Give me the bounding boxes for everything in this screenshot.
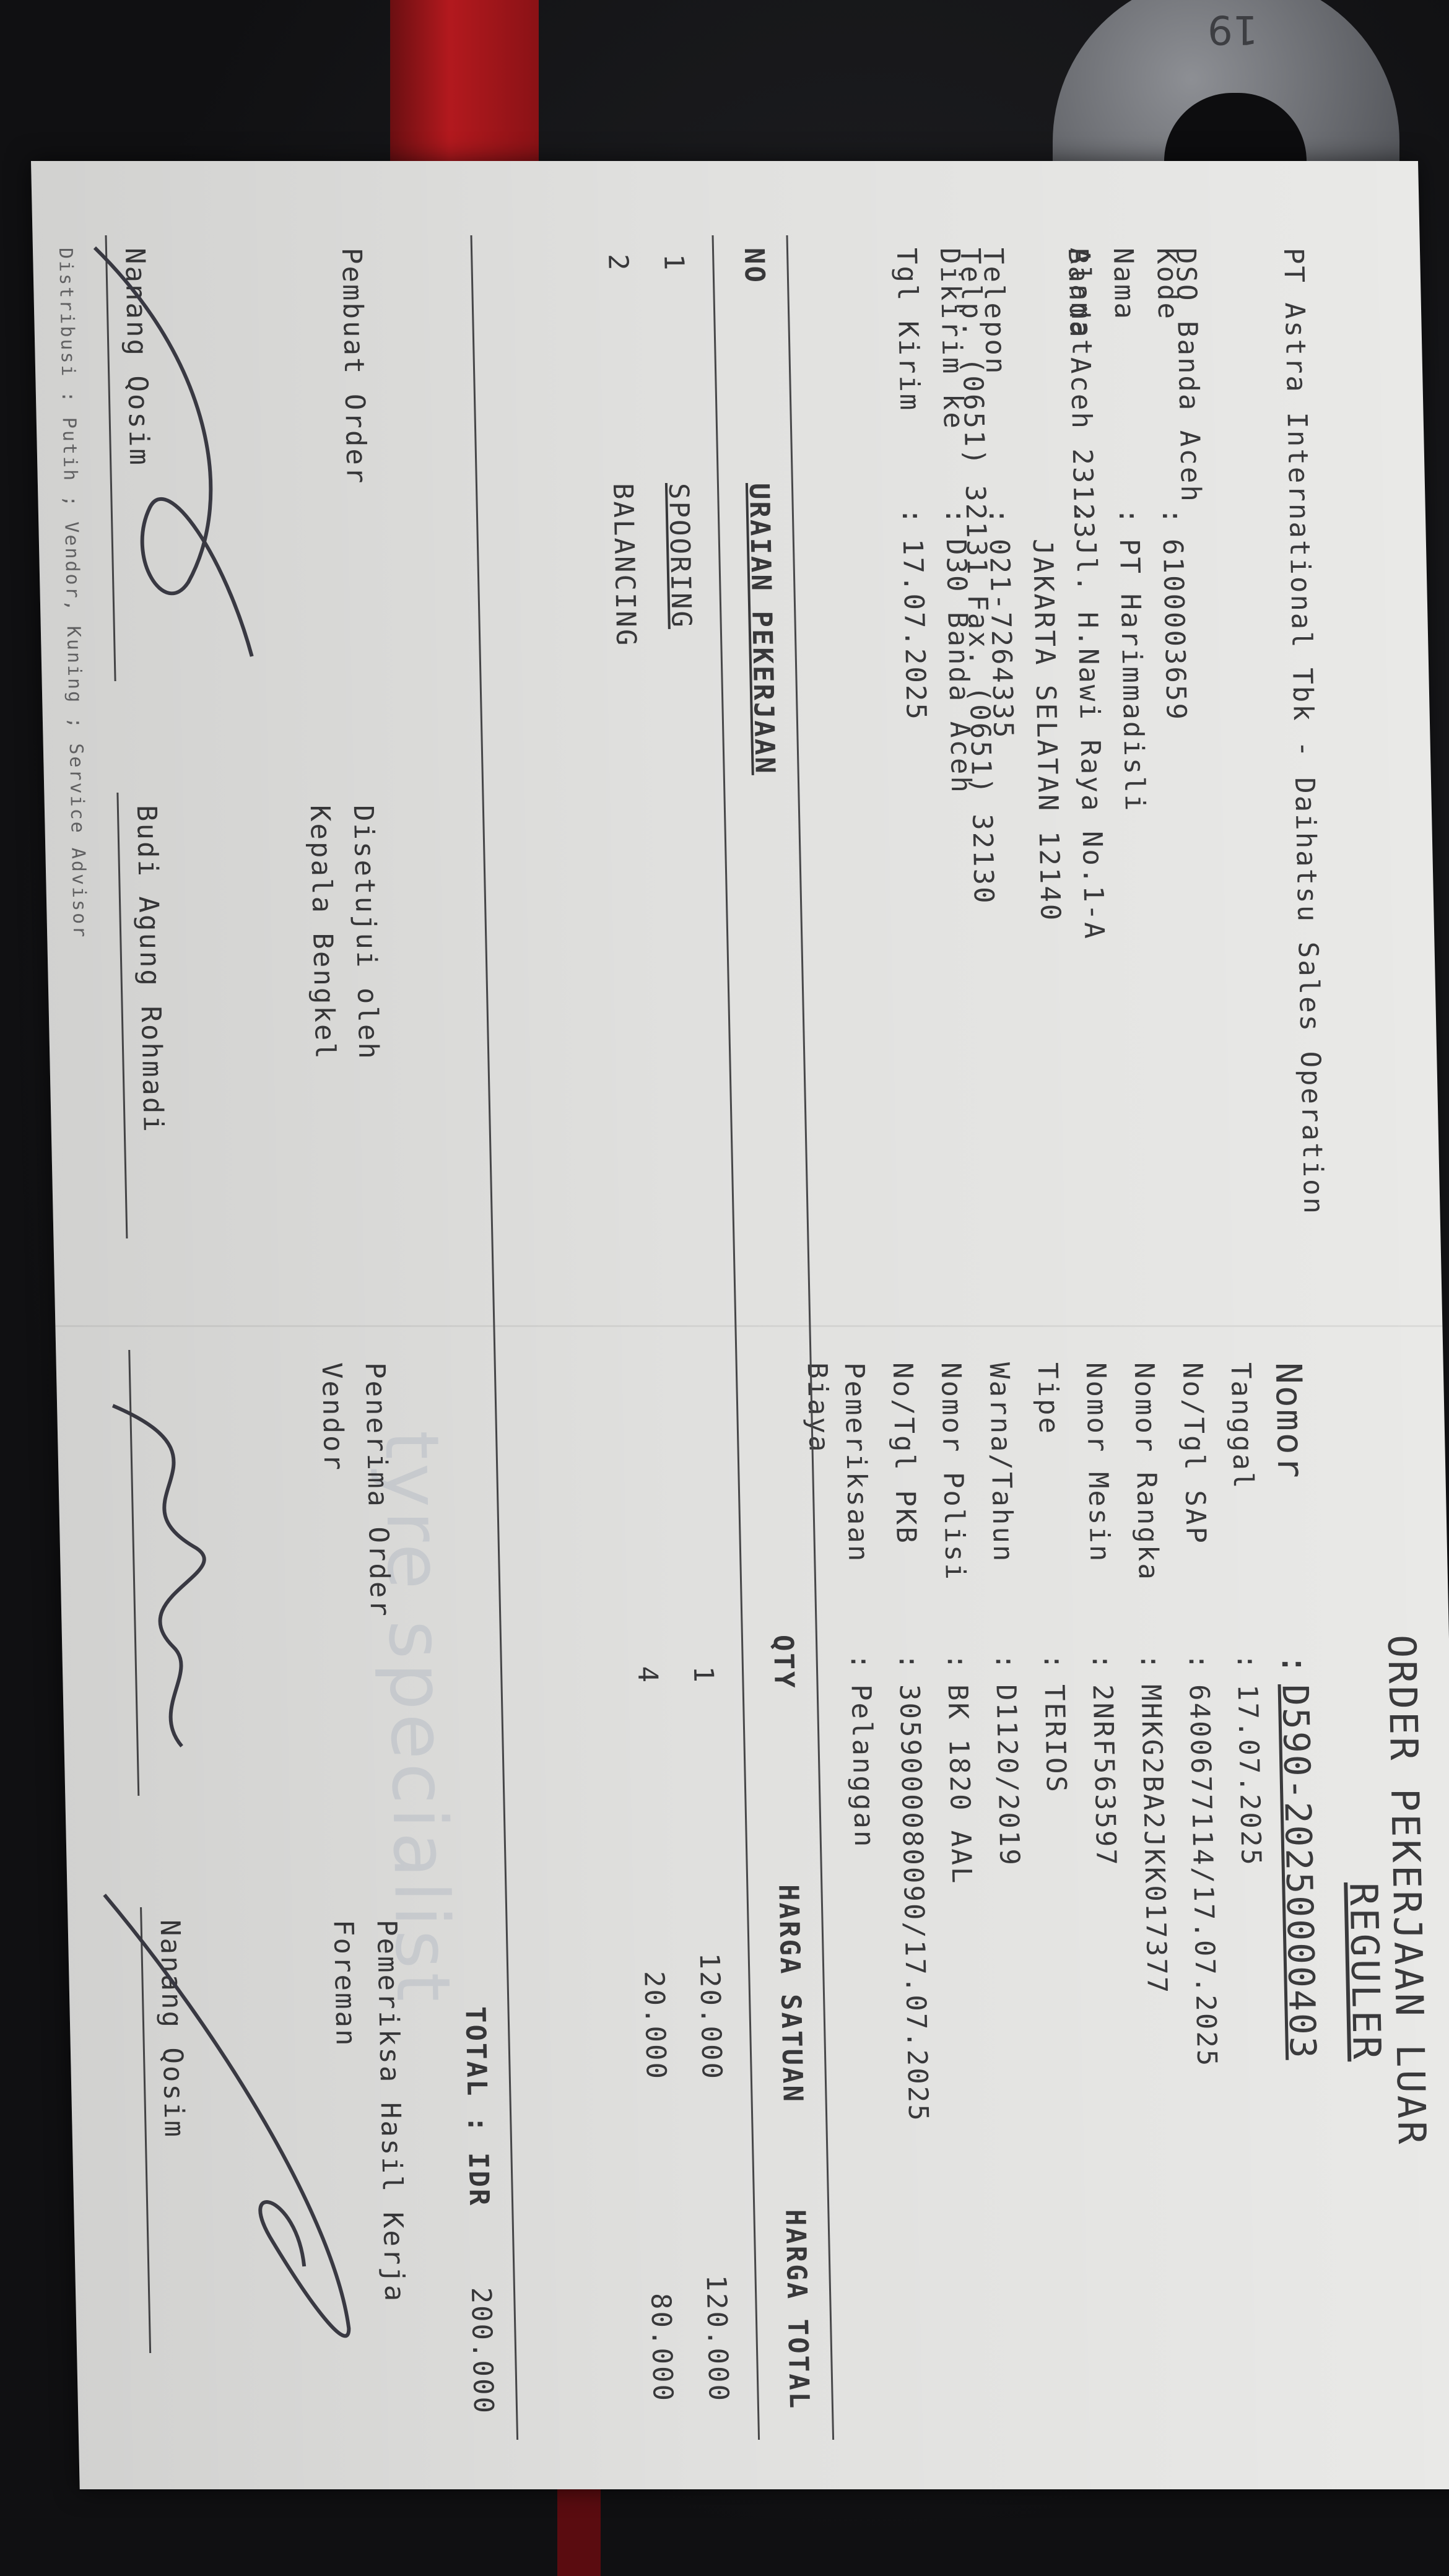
field-label: No/Tgl SAP	[1173, 1362, 1217, 1653]
field-label: Nama	[1104, 248, 1147, 508]
field-value: 3059000080090/17.07.2025	[890, 1684, 937, 2123]
field-colon: :	[1276, 1653, 1313, 1684]
field-label: Pemeriksaan Biaya	[798, 1362, 879, 1653]
field-colon: :	[1179, 1653, 1217, 1684]
document-title: ORDER PEKERJAAN LUAR	[1379, 1635, 1435, 2147]
field-colon	[1023, 508, 1061, 539]
field-value: PT Harimmadisli	[1110, 539, 1153, 812]
row-total: 120.000	[698, 2204, 734, 2403]
field-colon: :	[1034, 1653, 1072, 1684]
col-qty: QTY	[767, 1635, 800, 1689]
total-label: TOTAL : IDR	[459, 2006, 495, 2207]
field-value: TERIOS	[1035, 1684, 1075, 1794]
signature-line	[116, 793, 128, 1238]
field-label: Nomor	[1270, 1362, 1313, 1653]
field-value: BK 1820 AAL	[939, 1684, 980, 1885]
field-colon: :	[1110, 508, 1147, 539]
col-unit-price: HARGA SATUAN	[772, 1882, 809, 2105]
row-no: 2	[602, 254, 634, 272]
signature-title: Kepala Bengkel	[304, 805, 341, 1061]
field-value: D1120/2019	[987, 1684, 1028, 1867]
company-name: PT Astra International Tbk - Daihatsu Sa…	[1275, 248, 1331, 1216]
wrench-size-label: 19	[1207, 6, 1258, 52]
row-unit-price: 120.000	[692, 1882, 728, 2081]
document-page: tyre specialist PT Astra International T…	[31, 161, 1449, 2489]
field-label: Tanggal	[1222, 1362, 1265, 1653]
signature-title: Vendor	[316, 1362, 350, 1472]
col-no: NO	[738, 248, 770, 284]
field-colon: :	[980, 508, 1017, 539]
row-description: BALANCING	[607, 483, 642, 647]
table-top-rule	[786, 235, 835, 2440]
field-colon: :	[1153, 508, 1191, 539]
field-colon: :	[804, 1653, 879, 1684]
field-label	[1017, 248, 1060, 508]
field-colon: :	[889, 1653, 927, 1684]
field-colon: :	[1066, 508, 1104, 539]
row-total: 80.000	[643, 2204, 679, 2403]
signature-role: Penerima Order	[359, 1362, 396, 1618]
field-label: Nomor Polisi	[932, 1362, 975, 1653]
field-value: D30 Banda Aceh	[937, 539, 980, 794]
field-label: Kode	[1147, 248, 1190, 508]
field-label: Nomor Rangka	[1125, 1362, 1168, 1653]
field-colon: :	[936, 508, 974, 539]
total-value: 200.000	[464, 2242, 499, 2415]
field-label: Tgl Kirim	[887, 248, 930, 508]
paper-fold	[55, 1325, 1442, 1327]
signature-role: Disetujui oleh	[347, 805, 385, 1061]
row-qty: 4	[630, 1585, 663, 1684]
document-subtitle: REGULER	[1341, 1882, 1390, 2061]
field-colon: :	[938, 1653, 975, 1684]
signature-role: Pembuat Order	[336, 248, 372, 485]
field-value: 17.07.2025	[1229, 1684, 1269, 1867]
field-colon: :	[1227, 1653, 1265, 1684]
col-total: HARGA TOTAL	[779, 2204, 815, 2415]
col-desc: URAIAN PEKERJAAN	[743, 483, 781, 775]
order-field: Pemeriksaan Biaya:Pelanggan	[798, 1362, 882, 1848]
order-field: No/Tgl PKB:3059000080090/17.07.2025	[884, 1362, 937, 2123]
field-label: Telepon	[974, 248, 1017, 508]
signature-scribble-3	[79, 1870, 374, 2353]
field-colon: :	[1082, 1653, 1120, 1684]
order-field: Tanggal:17.07.2025	[1222, 1362, 1269, 1867]
field-value: D590-20250000403	[1277, 1684, 1322, 2060]
order-field: Nomor Rangka:MHKG2BA2JKK017377	[1125, 1362, 1175, 1995]
field-value: 2NRF563597	[1084, 1684, 1125, 1867]
row-description: SPOORING	[663, 483, 697, 629]
order-field: Nomor:D590-20250000403	[1270, 1362, 1322, 2060]
order-field: Warna/Tahun:D1120/2019	[980, 1362, 1028, 1867]
field-label: Warna/Tahun	[980, 1362, 1024, 1653]
row-qty: 1	[685, 1585, 719, 1684]
field-colon: :	[893, 508, 931, 539]
row-no: 1	[658, 254, 690, 272]
field-label: Nomor Mesin	[1077, 1362, 1120, 1653]
field-value: MHKG2BA2JKK017377	[1132, 1684, 1176, 1995]
signature-scribble-2	[81, 1387, 275, 1759]
order-field: Nomor Polisi:BK 1820 AAL	[932, 1362, 980, 1885]
field-label: Alamat	[1061, 248, 1103, 508]
field-colon: :	[1131, 1653, 1168, 1684]
field-value: 6400677114/17.07.2025	[1180, 1684, 1225, 2068]
field-value: Pelanggan	[805, 1684, 883, 1848]
order-field: Tipe:TERIOS	[1029, 1362, 1075, 1794]
order-field: No/Tgl SAP:6400677114/17.07.2025	[1173, 1362, 1225, 2068]
field-value: 021-7264335	[980, 539, 1022, 739]
field-label: No/Tgl PKB	[884, 1362, 927, 1653]
field-label: Dikirim ke	[931, 248, 973, 508]
field-value: 6100003659	[1154, 539, 1194, 721]
signature-scribble-1	[58, 235, 265, 669]
field-value: 17.07.2025	[894, 539, 934, 721]
row-unit-price: 20.000	[636, 1882, 672, 2081]
field-label: Tipe	[1029, 1362, 1072, 1653]
signature-name: Budi Agung Rohmadi	[131, 805, 169, 1134]
order-field: Nomor Mesin:2NRF563597	[1077, 1362, 1125, 1867]
field-colon: :	[986, 1653, 1024, 1684]
